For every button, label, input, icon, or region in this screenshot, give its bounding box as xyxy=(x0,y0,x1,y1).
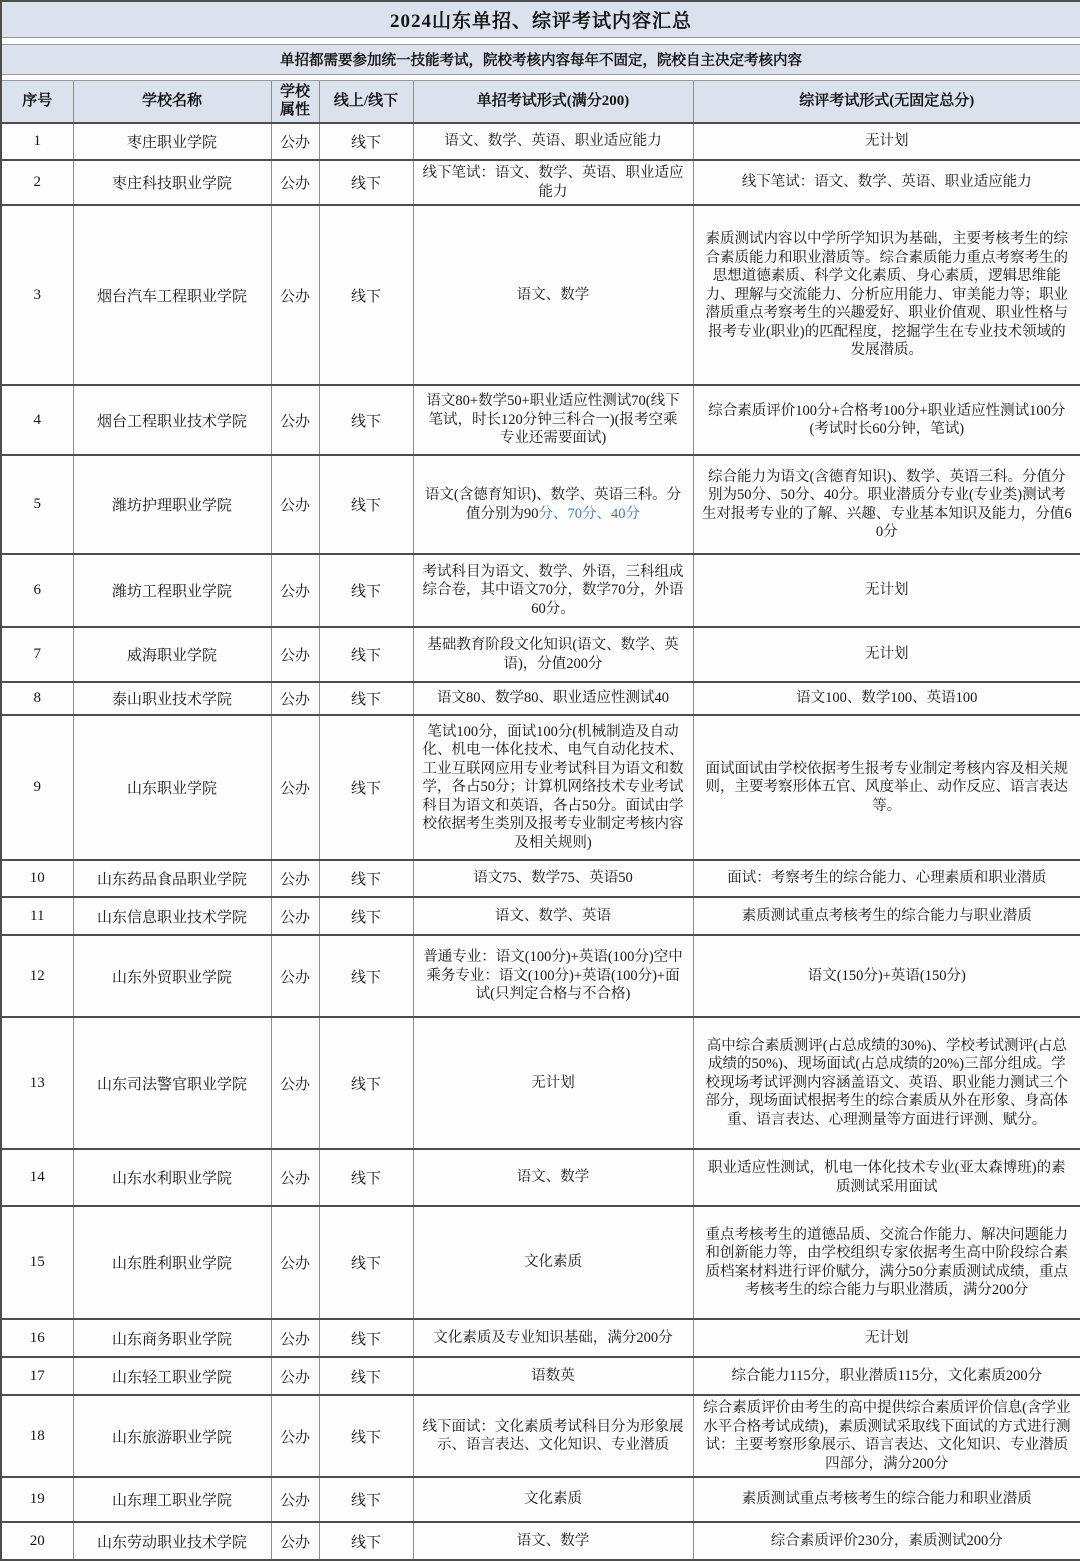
cell-school-name: 枣庄科技职业学院 xyxy=(73,160,271,205)
cell-index: 11 xyxy=(1,897,73,935)
cell-school-name: 山东商务职业学院 xyxy=(73,1319,271,1357)
cell-mode: 线下 xyxy=(319,554,413,627)
cell-school-name: 山东水利职业学院 xyxy=(73,1149,271,1206)
cell-index: 2 xyxy=(1,160,73,205)
column-header-school: 学校名称 xyxy=(73,80,271,123)
cell-school-type: 公办 xyxy=(271,897,319,935)
table-row: 17 山东轻工职业学院 公办 线下 语数英 综合能力115分，职业潜质115分，… xyxy=(1,1357,1080,1395)
cell-school-type: 公办 xyxy=(271,1522,319,1560)
table-row: 18 山东旅游职业学院 公办 线下 线下面试：文化素质考试科目分为形象展示、语言… xyxy=(1,1395,1080,1477)
cell-school-type: 公办 xyxy=(271,1017,319,1149)
cell-index: 13 xyxy=(1,1017,73,1149)
cell-danzhao-exam: 基础教育阶段文化知识(语文、数学、英语)，分值200分 xyxy=(413,627,693,682)
exam-summary-table: 2024山东单招、综评考试内容汇总 单招都需要参加统一技能考试，院校考核内容每年… xyxy=(0,0,1080,1561)
cell-mode: 线下 xyxy=(319,682,413,715)
cell-danzhao-exam: 考试科目为语文、数学、外语，三科组成综合卷，其中语文70分，数学70分，外语60… xyxy=(413,554,693,627)
cell-school-name: 山东司法警官职业学院 xyxy=(73,1017,271,1149)
cell-index: 1 xyxy=(1,123,73,160)
cell-zongping-exam: 线下笔试：语文、数学、英语、职业适应能力 xyxy=(693,160,1080,205)
cell-index: 18 xyxy=(1,1395,73,1477)
cell-index: 12 xyxy=(1,935,73,1017)
cell-danzhao-exam: 文化素质 xyxy=(413,1206,693,1319)
cell-school-type: 公办 xyxy=(271,1477,319,1522)
column-header-no: 序号 xyxy=(1,80,73,123)
cell-school-type: 公办 xyxy=(271,1319,319,1357)
cell-school-name: 山东外贸职业学院 xyxy=(73,935,271,1017)
column-header-danzhao: 单招考试形式(满分200) xyxy=(413,80,693,123)
cell-zongping-exam: 综合能力为语文(含德育知识)、数学、英语三科。分值分别为50分、50分、40分。… xyxy=(693,455,1080,554)
cell-index: 14 xyxy=(1,1149,73,1206)
cell-school-type: 公办 xyxy=(271,1357,319,1395)
danzhao-highlight-text: 分、70分、40分 xyxy=(539,506,641,522)
cell-danzhao-exam: 语文、数学、英语 xyxy=(413,897,693,935)
cell-mode: 线下 xyxy=(319,860,413,897)
cell-school-name: 烟台汽车工程职业学院 xyxy=(73,205,271,385)
cell-zongping-exam: 无计划 xyxy=(693,554,1080,627)
cell-school-type: 公办 xyxy=(271,385,319,455)
cell-school-type: 公办 xyxy=(271,860,319,897)
cell-mode: 线下 xyxy=(319,455,413,554)
cell-index: 4 xyxy=(1,385,73,455)
cell-zongping-exam: 综合素质评价由考生的高中提供综合素质评价信息(含学业水平合格考试成绩)，素质测试… xyxy=(693,1395,1080,1477)
cell-zongping-exam: 面试：考察考生的综合能力、心理素质和职业潜质 xyxy=(693,860,1080,897)
table-row: 10 山东药品食品职业学院 公办 线下 语文75、数学75、英语50 面试：考察… xyxy=(1,860,1080,897)
cell-school-type: 公办 xyxy=(271,1149,319,1206)
cell-school-type: 公办 xyxy=(271,1395,319,1477)
cell-school-type: 公办 xyxy=(271,455,319,554)
cell-school-type: 公办 xyxy=(271,205,319,385)
column-header-mode: 线上/线下 xyxy=(319,80,413,123)
table-row: 3 烟台汽车工程职业学院 公办 线下 语文、数学 素质测试内容以中学所学知识为基… xyxy=(1,205,1080,385)
table-row: 9 山东职业学院 公办 线下 笔试100分，面试100分(机械制造及自动化、机电… xyxy=(1,715,1080,860)
cell-danzhao-exam: 语数英 xyxy=(413,1357,693,1395)
cell-danzhao-exam: 线下笔试：语文、数学、英语、职业适应能力 xyxy=(413,160,693,205)
cell-danzhao-exam: 文化素质 xyxy=(413,1477,693,1522)
cell-mode: 线下 xyxy=(319,1522,413,1560)
table-row: 8 泰山职业技术学院 公办 线下 语文80、数学80、职业适应性测试40 语文1… xyxy=(1,682,1080,715)
table-row: 16 山东商务职业学院 公办 线下 文化素质及专业知识基础，满分200分 无计划 xyxy=(1,1319,1080,1357)
cell-index: 8 xyxy=(1,682,73,715)
table-row: 15 山东胜利职业学院 公办 线下 文化素质 重点考核考生的道德品质、交流合作能… xyxy=(1,1206,1080,1319)
cell-school-name: 潍坊工程职业学院 xyxy=(73,554,271,627)
cell-danzhao-exam: 语文80、数学80、职业适应性测试40 xyxy=(413,682,693,715)
cell-index: 3 xyxy=(1,205,73,385)
cell-mode: 线下 xyxy=(319,1477,413,1522)
cell-index: 20 xyxy=(1,1522,73,1560)
cell-danzhao-exam: 语文75、数学75、英语50 xyxy=(413,860,693,897)
table-row: 1 枣庄职业学院 公办 线下 语文、数学、英语、职业适应能力 无计划 xyxy=(1,123,1080,160)
cell-school-type: 公办 xyxy=(271,627,319,682)
title-row: 2024山东单招、综评考试内容汇总 xyxy=(1,1,1080,37)
cell-danzhao-exam: 笔试100分，面试100分(机械制造及自动化、机电一体化技术、电气自动化技术、工… xyxy=(413,715,693,860)
cell-zongping-exam: 重点考核考生的道德品质、交流合作能力、解决问题能力和创新能力等，由学校组织专家依… xyxy=(693,1206,1080,1319)
cell-school-type: 公办 xyxy=(271,123,319,160)
cell-index: 10 xyxy=(1,860,73,897)
cell-school-name: 潍坊护理职业学院 xyxy=(73,455,271,554)
table-row: 5 潍坊护理职业学院 公办 线下 语文(含德育知识)、数学、英语三科。分值分别为… xyxy=(1,455,1080,554)
cell-zongping-exam: 语文(150分)+英语(150分) xyxy=(693,935,1080,1017)
table-row: 14 山东水利职业学院 公办 线下 语文、数学 职业适应性测试，机电一体化技术专… xyxy=(1,1149,1080,1206)
cell-zongping-exam: 无计划 xyxy=(693,627,1080,682)
cell-mode: 线下 xyxy=(319,1206,413,1319)
subtitle-row: 单招都需要参加统一技能考试，院校考核内容每年不固定，院校自主决定考核内容 xyxy=(1,44,1080,74)
cell-danzhao-exam: 语文、数学 xyxy=(413,1149,693,1206)
table-row: 4 烟台工程职业技术学院 公办 线下 语文80+数学50+职业适应性测试70(线… xyxy=(1,385,1080,455)
page-subtitle: 单招都需要参加统一技能考试，院校考核内容每年不固定，院校自主决定考核内容 xyxy=(1,44,1080,74)
cell-zongping-exam: 无计划 xyxy=(693,123,1080,160)
cell-mode: 线下 xyxy=(319,1357,413,1395)
cell-school-type: 公办 xyxy=(271,1206,319,1319)
cell-index: 7 xyxy=(1,627,73,682)
cell-school-name: 山东旅游职业学院 xyxy=(73,1395,271,1477)
cell-school-type: 公办 xyxy=(271,935,319,1017)
cell-mode: 线下 xyxy=(319,1017,413,1149)
cell-index: 9 xyxy=(1,715,73,860)
cell-index: 5 xyxy=(1,455,73,554)
cell-school-name: 烟台工程职业技术学院 xyxy=(73,385,271,455)
column-header-zongping: 综评考试形式(无固定总分) xyxy=(693,80,1080,123)
spacer xyxy=(1,37,1080,44)
cell-school-name: 山东理工职业学院 xyxy=(73,1477,271,1522)
cell-danzhao-exam: 无计划 xyxy=(413,1017,693,1149)
cell-zongping-exam: 素质测试内容以中学所学知识为基础，主要考核考生的综合素质能力和职业潜质等。综合素… xyxy=(693,205,1080,385)
cell-danzhao-exam: 语文(含德育知识)、数学、英语三科。分值分别为90分、70分、40分 xyxy=(413,455,693,554)
cell-zongping-exam: 综合素质评价230分，素质测试200分 xyxy=(693,1522,1080,1560)
table-row: 2 枣庄科技职业学院 公办 线下 线下笔试：语文、数学、英语、职业适应能力 线下… xyxy=(1,160,1080,205)
cell-danzhao-exam: 语文80+数学50+职业适应性测试70(线下笔试，时长120分钟三科合一)(报考… xyxy=(413,385,693,455)
column-header-row: 序号 学校名称 学校属性 线上/线下 单招考试形式(满分200) 综评考试形式(… xyxy=(1,80,1080,123)
cell-index: 19 xyxy=(1,1477,73,1522)
cell-school-type: 公办 xyxy=(271,160,319,205)
cell-zongping-exam: 素质测试重点考核考生的综合能力与职业潜质 xyxy=(693,897,1080,935)
cell-school-name: 山东胜利职业学院 xyxy=(73,1206,271,1319)
cell-danzhao-exam: 语文、数学 xyxy=(413,1522,693,1560)
cell-zongping-exam: 综合能力115分，职业潜质115分，文化素质200分 xyxy=(693,1357,1080,1395)
table-row: 6 潍坊工程职业学院 公办 线下 考试科目为语文、数学、外语，三科组成综合卷，其… xyxy=(1,554,1080,627)
cell-school-name: 威海职业学院 xyxy=(73,627,271,682)
cell-danzhao-exam: 普通专业：语文(100分)+英语(100分)空中乘务专业：语文(100分)+英语… xyxy=(413,935,693,1017)
cell-zongping-exam: 面试面试由学校依据考生报考专业制定考核内容及相关规则，主要考察形体五官、风度举止… xyxy=(693,715,1080,860)
cell-zongping-exam: 高中综合素质测评(占总成绩的30%)、学校考试测评(占总成绩的50%)、现场面试… xyxy=(693,1017,1080,1149)
cell-index: 6 xyxy=(1,554,73,627)
cell-school-name: 山东劳动职业技术学院 xyxy=(73,1522,271,1560)
cell-mode: 线下 xyxy=(319,205,413,385)
cell-zongping-exam: 无计划 xyxy=(693,1319,1080,1357)
spacer-row xyxy=(1,37,1080,44)
cell-mode: 线下 xyxy=(319,1149,413,1206)
cell-index: 15 xyxy=(1,1206,73,1319)
cell-danzhao-exam: 线下面试：文化素质考试科目分为形象展示、语言表达、文化知识、专业潜质 xyxy=(413,1395,693,1477)
cell-school-name: 泰山职业技术学院 xyxy=(73,682,271,715)
cell-mode: 线下 xyxy=(319,627,413,682)
cell-index: 17 xyxy=(1,1357,73,1395)
table-row: 13 山东司法警官职业学院 公办 线下 无计划 高中综合素质测评(占总成绩的30… xyxy=(1,1017,1080,1149)
cell-mode: 线下 xyxy=(319,935,413,1017)
cell-zongping-exam: 语文100、数学100、英语100 xyxy=(693,682,1080,715)
cell-school-type: 公办 xyxy=(271,682,319,715)
cell-mode: 线下 xyxy=(319,1319,413,1357)
cell-school-type: 公办 xyxy=(271,554,319,627)
page-title: 2024山东单招、综评考试内容汇总 xyxy=(1,1,1080,37)
cell-school-name: 山东轻工职业学院 xyxy=(73,1357,271,1395)
cell-danzhao-exam: 语文、数学、英语、职业适应能力 xyxy=(413,123,693,160)
table-row: 7 威海职业学院 公办 线下 基础教育阶段文化知识(语文、数学、英语)，分值20… xyxy=(1,627,1080,682)
cell-zongping-exam: 职业适应性测试，机电一体化技术专业(亚太森博班)的素质测试采用面试 xyxy=(693,1149,1080,1206)
cell-danzhao-exam: 语文、数学 xyxy=(413,205,693,385)
cell-mode: 线下 xyxy=(319,123,413,160)
cell-school-name: 山东职业学院 xyxy=(73,715,271,860)
cell-index: 16 xyxy=(1,1319,73,1357)
column-header-attr: 学校属性 xyxy=(271,80,319,123)
cell-zongping-exam: 综合素质评价100分+合格考100分+职业适应性测试100分(考试时长60分钟，… xyxy=(693,385,1080,455)
cell-school-name: 枣庄职业学院 xyxy=(73,123,271,160)
table-row: 12 山东外贸职业学院 公办 线下 普通专业：语文(100分)+英语(100分)… xyxy=(1,935,1080,1017)
cell-school-name: 山东药品食品职业学院 xyxy=(73,860,271,897)
cell-mode: 线下 xyxy=(319,1395,413,1477)
cell-danzhao-exam: 文化素质及专业知识基础，满分200分 xyxy=(413,1319,693,1357)
cell-school-name: 山东信息职业技术学院 xyxy=(73,897,271,935)
cell-school-type: 公办 xyxy=(271,715,319,860)
cell-mode: 线下 xyxy=(319,385,413,455)
cell-mode: 线下 xyxy=(319,897,413,935)
cell-mode: 线下 xyxy=(319,715,413,860)
table-row: 19 山东理工职业学院 公办 线下 文化素质 素质测试重点考核考生的综合能力和职… xyxy=(1,1477,1080,1522)
table-row: 11 山东信息职业技术学院 公办 线下 语文、数学、英语 素质测试重点考核考生的… xyxy=(1,897,1080,935)
cell-mode: 线下 xyxy=(319,160,413,205)
cell-zongping-exam: 素质测试重点考核考生的综合能力和职业潜质 xyxy=(693,1477,1080,1522)
table-row: 20 山东劳动职业技术学院 公办 线下 语文、数学 综合素质评价230分，素质测… xyxy=(1,1522,1080,1560)
